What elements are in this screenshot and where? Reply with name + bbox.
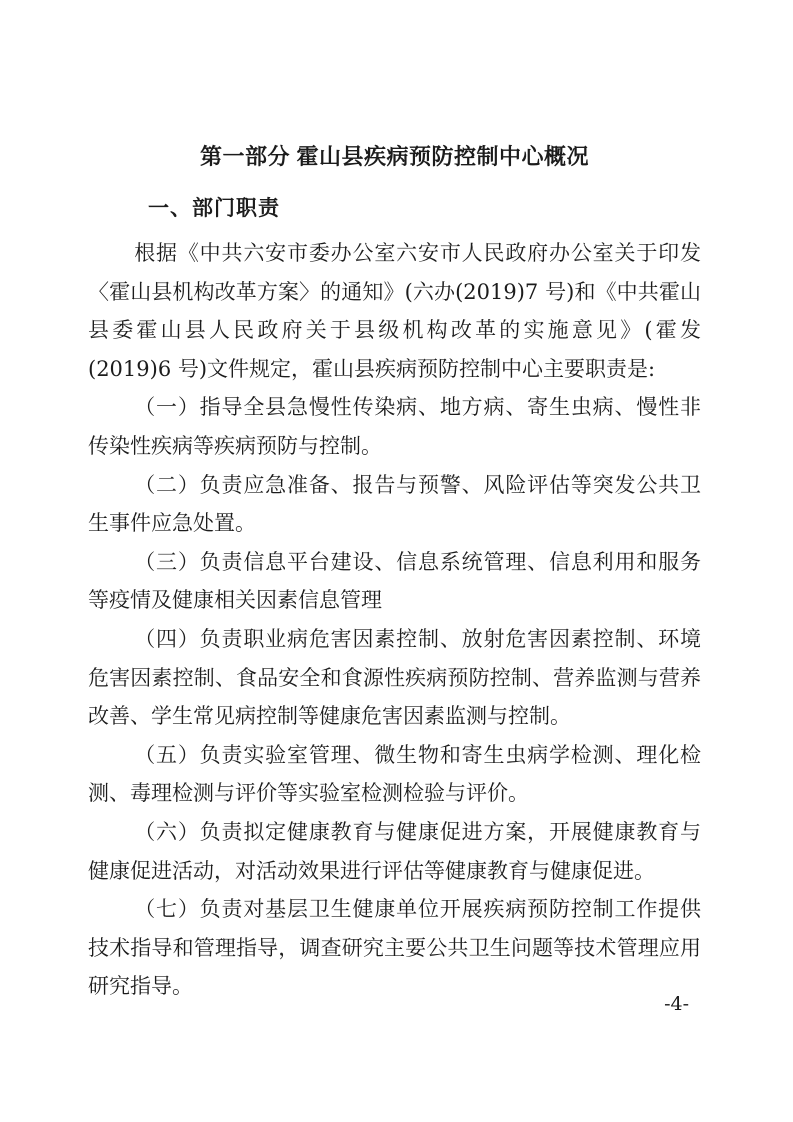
paragraph-duty-6: （六）负责拟定健康教育与健康促进方案，开展健康教育与健康促进活动，对活动效果进行… <box>88 813 701 890</box>
paragraph-duty-7: （七）负责对基层卫生健康单位开展疾病预防控制工作提供技术指导和管理指导，调查研究… <box>88 890 701 1006</box>
document-page: 第一部分 霍山县疾病预防控制中心概况 一、部门职责 根据《中共六安市委办公室六安… <box>0 0 793 1122</box>
page-number: -4- <box>664 993 689 1015</box>
document-body: 根据《中共六安市委办公室六安市人民政府办公室关于印发〈霍山县机构改革方案〉的通知… <box>88 234 701 1006</box>
section-heading: 一、部门职责 <box>88 195 701 223</box>
paragraph-duty-2: （二）负责应急准备、报告与预警、风险评估等突发公共卫生事件应急处置。 <box>88 466 701 543</box>
document-content: 第一部分 霍山县疾病预防控制中心概况 一、部门职责 根据《中共六安市委办公室六安… <box>0 0 793 1006</box>
paragraph-duty-5: （五）负责实验室管理、微生物和寄生虫病学检测、理化检测、毒理检测与评价等实验室检… <box>88 736 701 813</box>
document-title: 第一部分 霍山县疾病预防控制中心概况 <box>88 143 701 171</box>
paragraph-duty-4: （四）负责职业病危害因素控制、放射危害因素控制、环境危害因素控制、食品安全和食源… <box>88 620 701 736</box>
paragraph-intro: 根据《中共六安市委办公室六安市人民政府办公室关于印发〈霍山县机构改革方案〉的通知… <box>88 234 701 388</box>
paragraph-duty-1: （一）指导全县急慢性传染病、地方病、寄生虫病、慢性非传染性疾病等疾病预防与控制。 <box>88 388 701 465</box>
paragraph-duty-3: （三）负责信息平台建设、信息系统管理、信息利用和服务等疫情及健康相关因素信息管理 <box>88 543 701 620</box>
